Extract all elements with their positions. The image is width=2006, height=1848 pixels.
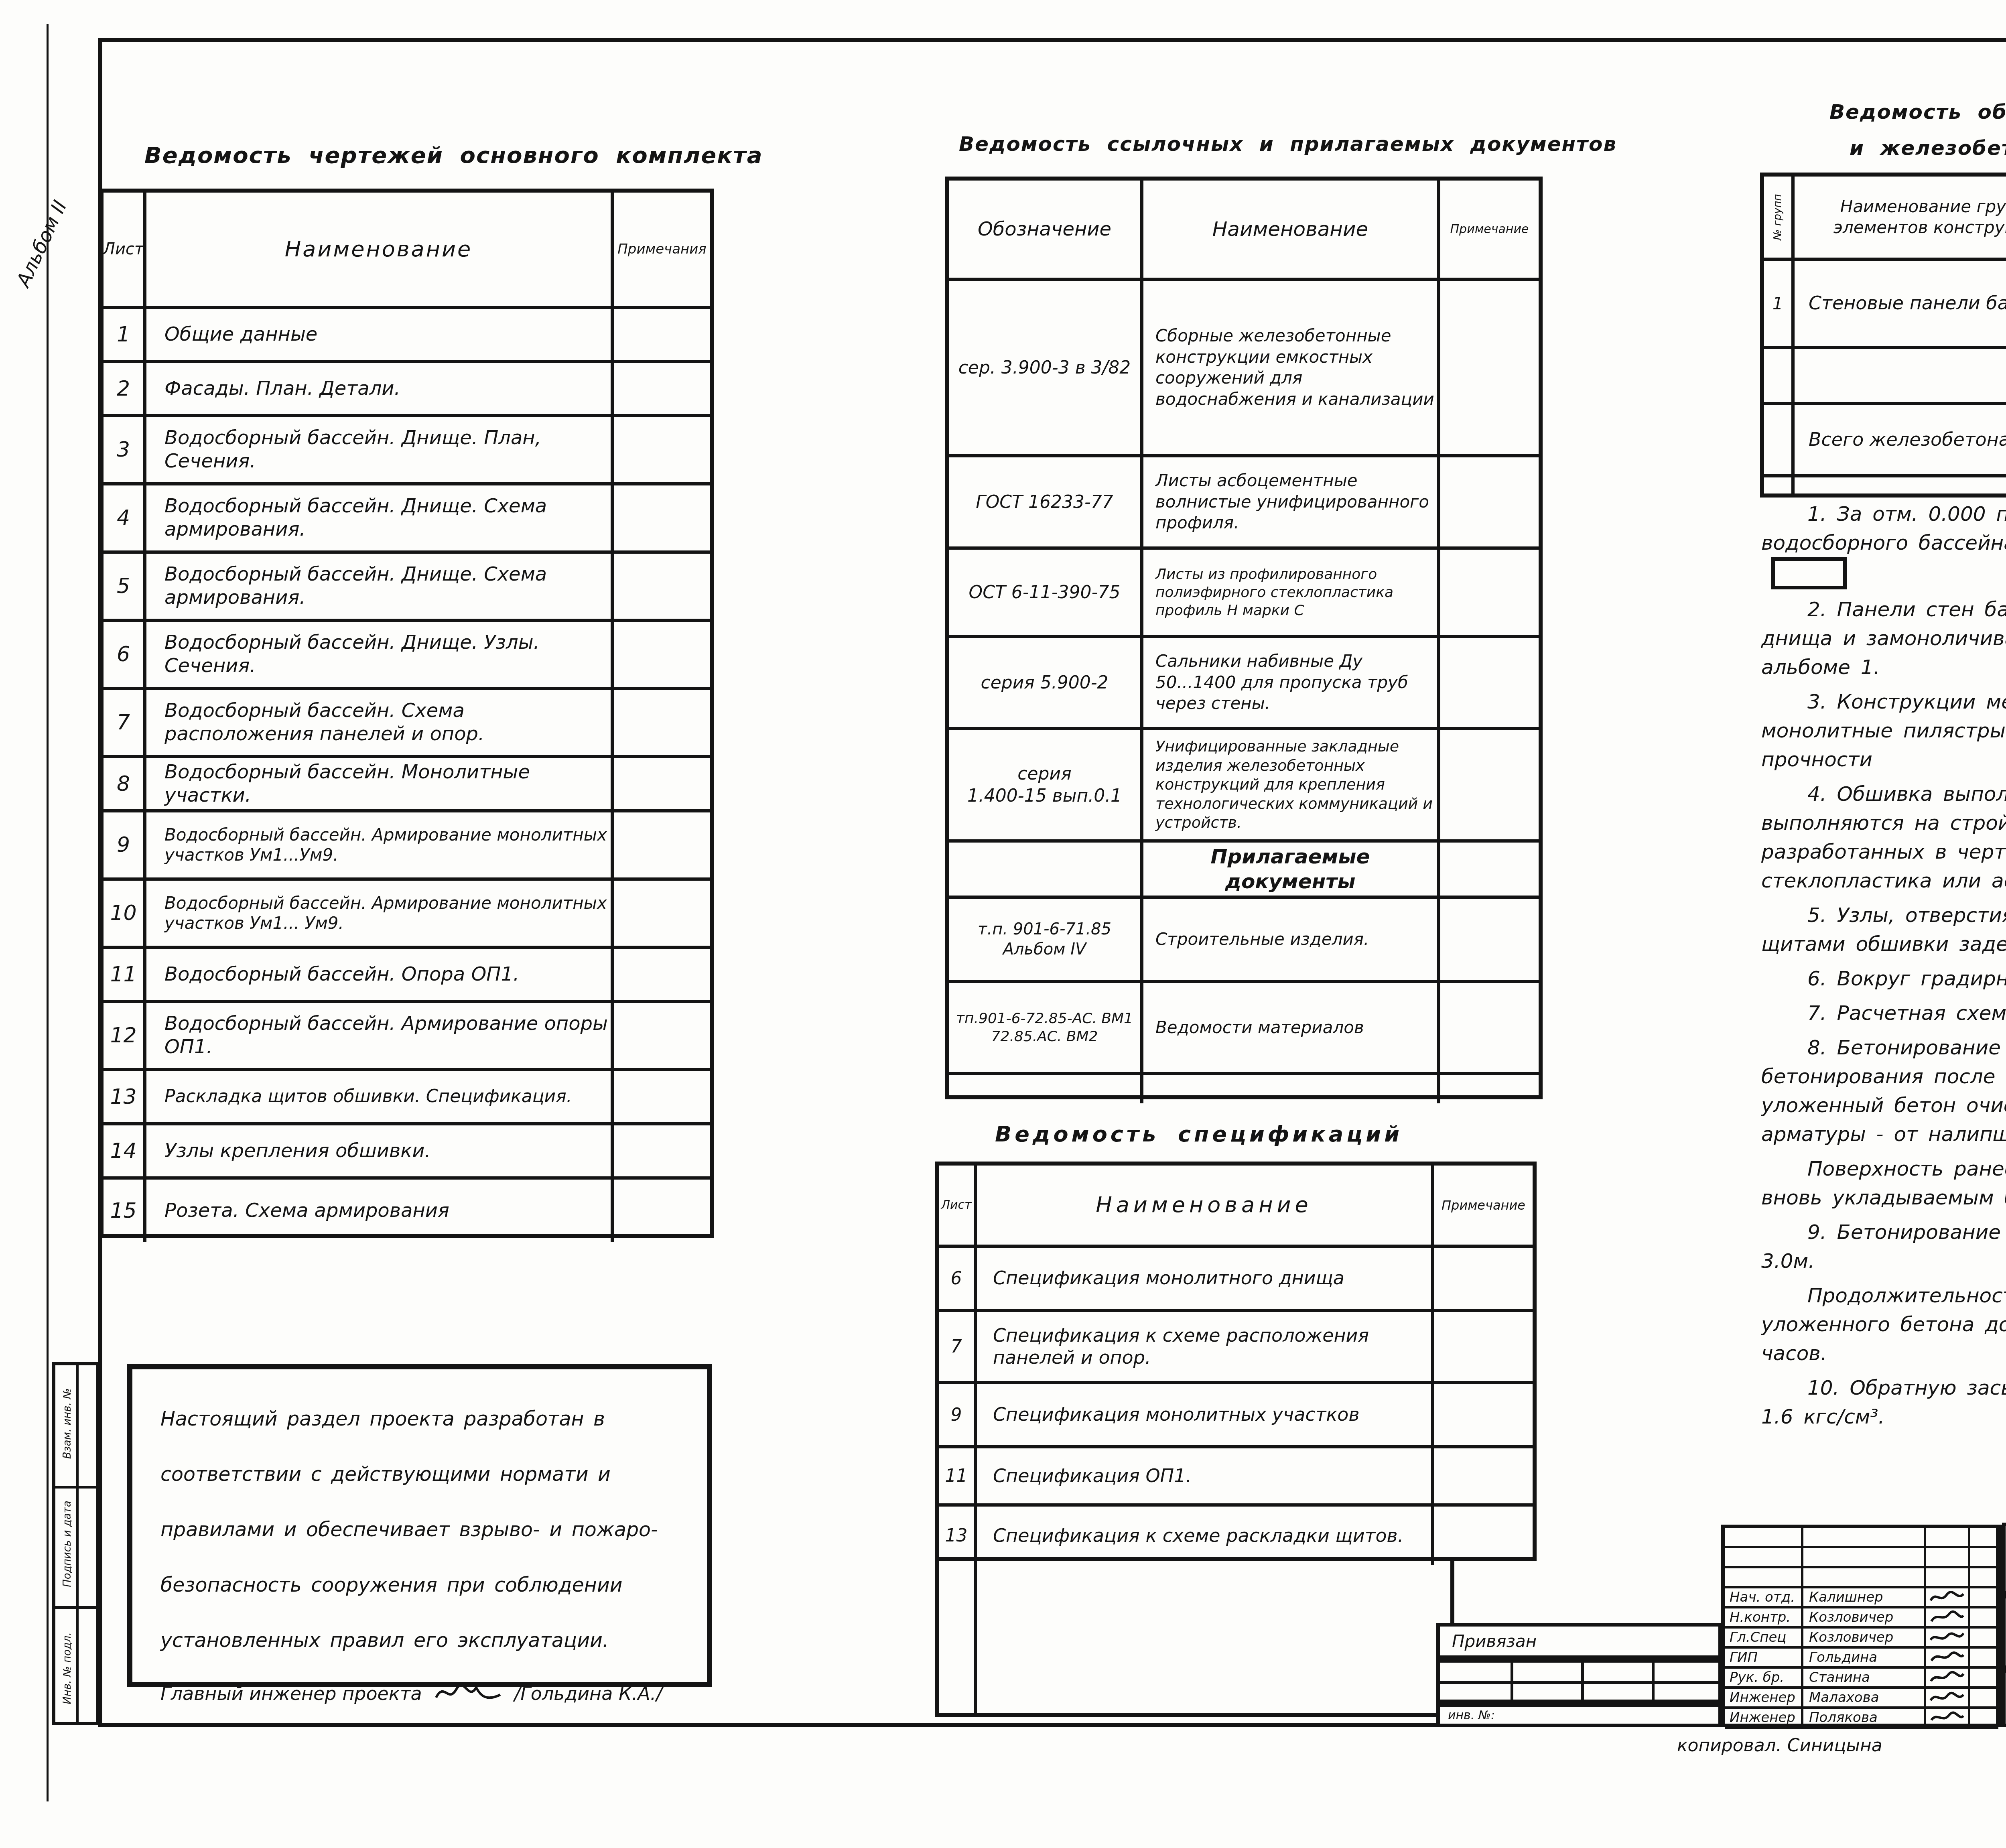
total-label: Всего железобетона <box>1795 405 2006 474</box>
empty-cell <box>1970 1709 1998 1726</box>
doc-name: Унифицированные закладные изделия железо… <box>1143 730 1440 839</box>
note-paragraph: 9. Бетонирование опоры ОП1 вести ярусами… <box>1761 1218 2006 1275</box>
empty-cell <box>1803 1568 1926 1586</box>
margin-stamp-label-vzam: Взам. инв. № <box>61 1373 73 1474</box>
empty-cell <box>1970 1649 1998 1666</box>
sheet-number: 3 <box>104 417 146 482</box>
note-paragraph: 10. Обратную засыпку вести с послойным у… <box>1761 1373 2006 1431</box>
table-header-row: № групп Наименование группы элементов ко… <box>1764 177 2006 261</box>
margin-stamp: Взам. инв. № Подпись и дата Инв. № подл. <box>52 1362 99 1725</box>
change-row <box>1725 1528 1998 1548</box>
doc-name: Листы асбоцементные волнистые унифициров… <box>1143 457 1440 546</box>
attach-grid <box>1436 1659 1722 1703</box>
table-header-row: Лист Наименование Примечания <box>104 193 710 309</box>
doc-code: сер. 3.900-3 в 3/82 <box>949 281 1143 454</box>
note-cell <box>1440 843 1539 896</box>
note-cell <box>1434 1248 1533 1309</box>
binding-edge-line <box>47 24 49 1801</box>
note-cell <box>614 1125 710 1176</box>
role-label: Инженер <box>1725 1689 1803 1706</box>
doc-name: Листы из профилированного полиэфирного с… <box>1143 550 1440 635</box>
empty-cell <box>1970 1629 1998 1646</box>
role-name: Калишнер <box>1803 1588 1926 1606</box>
header-name: Наименование группы элементов конструкци… <box>1795 177 2006 258</box>
intro-note-box: Настоящий раздел проекта разработан в со… <box>127 1364 712 1687</box>
sheet-number: 1 <box>104 309 146 360</box>
table-row: 12Водосборный бассейн. Армирование опоры… <box>104 1003 710 1071</box>
doc-code: тп.901-6-72.85-АС. ВМ1 72.85.АС. ВМ2 <box>949 983 1143 1072</box>
table-row: 13Раскладка щитов обшивки. Спецификация. <box>104 1071 710 1125</box>
sheet-number: 15 <box>104 1180 146 1242</box>
role-name: Козловичер <box>1803 1608 1926 1626</box>
table-row: тп.901-6-72.85-АС. ВМ1 72.85.АС. ВМ2Ведо… <box>949 983 1539 1075</box>
header-sheet: Лист <box>104 193 146 306</box>
chief-engineer-name: /Гольдина К.А./ <box>514 1683 662 1704</box>
drawing-name: Водосборный бассейн. Армирование опоры О… <box>146 1003 614 1068</box>
note-paragraph: Поверхность ранее уложенного бетона в ме… <box>1761 1154 2006 1212</box>
note-cell <box>1440 638 1539 727</box>
note-cell <box>614 554 710 619</box>
table-row: ГОСТ 16233-77Листы асбоцементные волнист… <box>949 457 1539 550</box>
header-code: Обозначение <box>949 181 1143 278</box>
empty-cell <box>1143 1075 1440 1103</box>
table-row: 5Водосборный бассейн. Днище. Схема армир… <box>104 554 710 622</box>
spec-name: Спецификация ОП1. <box>977 1448 1434 1503</box>
table-row: 7Спецификация к схеме расположения панел… <box>939 1312 1533 1384</box>
note-cell <box>1434 1507 1533 1565</box>
empty-cell <box>1725 1568 1803 1586</box>
note-cell <box>614 949 710 1000</box>
table-row: 11Водосборный бассейн. Опора ОП1. <box>104 949 710 1003</box>
inv-label: инв. №: <box>1448 1708 1495 1722</box>
role-label: ГИП <box>1725 1649 1803 1666</box>
drawing-name: Водосборный бассейн. Армирование монолит… <box>146 812 614 877</box>
sheet-number: 5 <box>104 554 146 619</box>
note-cell <box>1440 281 1539 454</box>
empty-row <box>1764 477 2006 493</box>
sheet-number: 2 <box>104 363 146 414</box>
doc-code: серия 1.400-15 вып.0.1 <box>949 730 1143 839</box>
signature-icon <box>1926 1608 1970 1626</box>
drawing-name: Фасады. План. Детали. <box>146 363 614 414</box>
table-row: 1 Стеновые панели бассейна 585620 18,08 <box>1764 261 2006 349</box>
header-name: Наименование <box>977 1166 1434 1245</box>
doc-code: т.п. 901-6-71.85 Альбом IV <box>949 899 1143 980</box>
drawing-sheet: 9 Альбом II Взам. инв. № Подпись и дата … <box>0 0 2006 1848</box>
attach-label: Привязан <box>1452 1631 1537 1651</box>
empty-cell <box>1970 1548 1998 1566</box>
empty-row <box>949 1075 1539 1103</box>
sheet-number: 13 <box>939 1507 977 1565</box>
note-cell <box>1434 1312 1533 1381</box>
role-row: Рук. бр.Станина <box>1725 1669 1998 1689</box>
spec-name: Спецификация к схеме расположения панеле… <box>977 1312 1434 1381</box>
empty-cell <box>1970 1588 1998 1606</box>
sheet-number: 7 <box>939 1312 977 1381</box>
intro-note-text: Настоящий раздел проекта разработан в со… <box>160 1391 683 1668</box>
doc-name: Сальники набивные Ду 50...1400 для пропу… <box>1143 638 1440 727</box>
empty-cell <box>1970 1528 1998 1546</box>
inv-cell: инв. №: <box>1436 1703 1722 1727</box>
empty-cell <box>1795 349 2006 402</box>
header-sheet: Лист <box>939 1166 977 1245</box>
table-row: 1Общие данные <box>104 309 710 363</box>
note-cell <box>614 417 710 482</box>
table-row: 9Водосборный бассейн. Армирование моноли… <box>104 812 710 881</box>
role-row: Н.контр.Козловичер <box>1725 1608 1998 1629</box>
header-num: № групп <box>1764 177 1795 258</box>
table-row: 2Фасады. План. Детали. <box>104 363 710 417</box>
sheet-number: 6 <box>939 1248 977 1309</box>
project-desc-cell: Градирня 3х секционная с вентиляторами В… <box>2002 1595 2006 1669</box>
empty-cell <box>1725 1528 1803 1546</box>
table-row: ОСТ 6-11-390-75Листы из профилированного… <box>949 550 1539 638</box>
sheet-number: 4 <box>104 485 146 550</box>
note-cell <box>1434 1448 1533 1503</box>
drawing-name: Узлы крепления обшивки. <box>146 1125 614 1176</box>
copied-by: копировал. Синицына <box>1677 1735 1882 1756</box>
empty-cell <box>1970 1568 1998 1586</box>
table-row: 8Водосборный бассейн. Монолитные участки… <box>104 758 710 812</box>
role-row: Гл.СпецКозловичер <box>1725 1629 1998 1649</box>
empty-cell <box>949 1075 1143 1103</box>
note-cell <box>1440 899 1539 980</box>
role-name: Станина <box>1803 1669 1926 1686</box>
note-cell <box>614 485 710 550</box>
table-row: 14Узлы крепления обшивки. <box>104 1125 710 1180</box>
table-row: 13Спецификация к схеме раскладки щитов. <box>939 1507 1533 1565</box>
attach-cell: Привязан <box>1436 1623 1722 1659</box>
spec-table: Лист Наименование Примечание 6Спецификац… <box>935 1162 1537 1561</box>
note-cell <box>614 1003 710 1068</box>
general-notes: 1. За отм. 0.000 принята отметка верха с… <box>1761 500 2006 1437</box>
header-note: Примечания <box>614 193 710 306</box>
sheet-number: 9 <box>939 1384 977 1445</box>
spec-table-title: Ведомость спецификаций <box>995 1121 1403 1147</box>
note-paragraph: 5. Узлы, отверстия в обшивке и участки м… <box>1761 901 2006 959</box>
signature-icon <box>1926 1588 1970 1606</box>
drawing-name: Водосборный бассейн. Днище. Узлы. Сечени… <box>146 622 614 687</box>
drawing-name: Общие данные <box>146 309 614 360</box>
sheet-number: 8 <box>104 758 146 809</box>
note-cell <box>614 1180 710 1242</box>
table-row: 4Водосборный бассейн. Днище. Схема армир… <box>104 485 710 554</box>
role-label: Инженер <box>1725 1709 1803 1726</box>
note-cell <box>614 309 710 360</box>
chief-engineer-label: Главный инженер проекта <box>160 1683 422 1704</box>
empty-row <box>1764 349 2006 405</box>
signature-icon <box>434 1679 502 1708</box>
note-paragraph: 2. Панели стен бассейна устанавливаются … <box>1761 595 2006 682</box>
spec-name: Спецификация к схеме раскладки щитов. <box>977 1507 1434 1565</box>
role-label: Нач. отд. <box>1725 1588 1803 1606</box>
empty-cell <box>1926 1568 1970 1586</box>
role-name: Малахова <box>1803 1689 1926 1706</box>
spec-name: Спецификация монолитного днища <box>977 1248 1434 1309</box>
note-cell <box>1440 457 1539 546</box>
empty-cell <box>1795 477 2006 493</box>
empty-cell <box>949 843 1143 896</box>
header-note: Примечание <box>1434 1166 1533 1245</box>
note-cell <box>614 690 710 755</box>
note-cell <box>1434 1384 1533 1445</box>
note-cell <box>614 881 710 946</box>
table-row: серия 1.400-15 вып.0.1Унифицированные за… <box>949 730 1539 843</box>
drawing-name: Раскладка щитов обшивки. Спецификация. <box>146 1071 614 1122</box>
volumes-table-title-line2: и железобетонных изделий <box>1850 136 2006 160</box>
drawings-table: Лист Наименование Примечания 1Общие данн… <box>99 189 714 1238</box>
note-cell <box>614 758 710 809</box>
empty-cell <box>1970 1608 1998 1626</box>
note-paragraph: 6. Вокруг градирни устраивается асфальто… <box>1761 964 2006 993</box>
table-row: 7Водосборный бассейн. Схема расположения… <box>104 690 710 758</box>
doc-code: серия 5.900-2 <box>949 638 1143 727</box>
change-row <box>1725 1568 1998 1588</box>
elevation-placeholder-box <box>1771 557 1847 589</box>
signature-icon <box>1926 1709 1970 1726</box>
roles-table: Нач. отд.Калишнер Н.контр.Козловичер Гл.… <box>1721 1525 2002 1727</box>
table-header-row: Лист Наименование Примечание <box>939 1166 1533 1248</box>
doc-code: ГОСТ 16233-77 <box>949 457 1143 546</box>
sheet-number: 13 <box>104 1071 146 1122</box>
drawing-name: Водосборный бассейн. Днище. Схема армиро… <box>146 554 614 619</box>
table-row: 6Спецификация монолитного днища <box>939 1248 1533 1312</box>
role-name: Козловичер <box>1803 1629 1926 1646</box>
drawing-name: Водосборный бассейн. Опора ОП1. <box>146 949 614 1000</box>
empty-cell <box>1764 349 1795 402</box>
drawing-name: Водосборный бассейн. Днище. Схема армиро… <box>146 485 614 550</box>
role-row: ИнженерМалахова <box>1725 1689 1998 1709</box>
drawing-name: Водосборный бассейн. Армирование монолит… <box>146 881 614 946</box>
row-num: 1 <box>1764 261 1795 346</box>
table-row: 9Спецификация монолитных участков <box>939 1384 1533 1448</box>
table-header-row: Обозначение Наименование Примечание <box>949 181 1539 281</box>
empty-cell <box>1440 1075 1539 1103</box>
references-table: Обозначение Наименование Примечание сер.… <box>945 177 1543 1099</box>
note-cell <box>1440 983 1539 1072</box>
doc-name: Сборные железобетонные конструкции емкос… <box>1143 281 1440 454</box>
note-cell <box>614 812 710 877</box>
album-label: Альбом II <box>12 135 100 290</box>
sheet-number: 6 <box>104 622 146 687</box>
doc-code-cell: ТП 901-6-72.85-АС <box>2002 1523 2006 1595</box>
total-row: Всего железобетона 18,08 <box>1764 405 2006 477</box>
sheet-number: 9 <box>104 812 146 877</box>
note-paragraph: Продолжительность перерыва для обеспечен… <box>1761 1281 2006 1368</box>
sheet-number: 12 <box>104 1003 146 1068</box>
role-row: ИнженерПолякова <box>1725 1709 1998 1729</box>
role-name: Гольдина <box>1803 1649 1926 1666</box>
attached-docs-header: Прилагаемые документы <box>1143 843 1440 896</box>
sheet-number: 14 <box>104 1125 146 1176</box>
volumes-table-title-line1: Ведомость объемов сборных бетонных <box>1829 100 2006 124</box>
role-name: Полякова <box>1803 1709 1926 1726</box>
note-paragraph: 3. Конструкции металлического каркаса ус… <box>1761 687 2006 774</box>
table-row: 6Водосборный бассейн. Днище. Узлы. Сечен… <box>104 622 710 690</box>
sheet-number: 7 <box>104 690 146 755</box>
table-row: 10Водосборный бассейн. Армирование монол… <box>104 881 710 949</box>
table-row: 15Розета. Схема армирования <box>104 1180 710 1242</box>
doc-name: Ведомости материалов <box>1143 983 1440 1072</box>
role-label: Рук. бр. <box>1725 1669 1803 1686</box>
role-row: ГИПГольдина <box>1725 1649 1998 1669</box>
empty-cell <box>1970 1669 1998 1686</box>
signature-icon <box>1926 1629 1970 1646</box>
note-paragraph: 4. Обшивка выполняется из сборных стенов… <box>1761 780 2006 895</box>
spec-table-empty-row <box>935 1559 1454 1717</box>
drawing-name: Водосборный бассейн. Монолитные участки. <box>146 758 614 809</box>
note-paragraph: 7. Расчетная схема и величины нагрузок п… <box>1761 999 2006 1028</box>
sheet-number: 11 <box>104 949 146 1000</box>
signature-icon <box>1926 1689 1970 1706</box>
header-name: Наименование <box>146 193 614 306</box>
drawing-name: Розета. Схема армирования <box>146 1180 614 1242</box>
spec-name: Спецификация монолитных участков <box>977 1384 1434 1445</box>
note-cell <box>614 622 710 687</box>
note-cell <box>614 363 710 414</box>
header-name: Наименование <box>1143 181 1440 278</box>
doc-code: ОСТ 6-11-390-75 <box>949 550 1143 635</box>
drawings-table-title: Ведомость чертежей основного комплекта <box>144 142 763 169</box>
volumes-table: № групп Наименование группы элементов ко… <box>1760 173 2006 498</box>
sheet-number: 11 <box>939 1448 977 1503</box>
signature-icon <box>1926 1669 1970 1686</box>
role-label: Н.контр. <box>1725 1608 1803 1626</box>
empty-cell <box>1725 1548 1803 1566</box>
empty-cell <box>1970 1689 1998 1706</box>
margin-stamp-label-podpis: Подпись и дата <box>61 1494 73 1594</box>
role-row: Нач. отд.Калишнер <box>1725 1588 1998 1608</box>
empty-cell <box>1926 1528 1970 1546</box>
table-row: сер. 3.900-3 в 3/82Сборные железобетонны… <box>949 281 1539 457</box>
signature-icon <box>1926 1649 1970 1666</box>
table-row: серия 5.900-2Сальники набивные Ду 50...1… <box>949 638 1539 730</box>
empty-cell <box>1926 1548 1970 1566</box>
drawing-name: Водосборный бассейн. Схема расположения … <box>146 690 614 755</box>
role-label: Гл.Спец <box>1725 1629 1803 1646</box>
item-name: Стеновые панели бассейна <box>1795 261 2006 346</box>
change-row <box>1725 1548 1998 1568</box>
references-table-title: Ведомость ссылочных и прилагаемых докуме… <box>959 132 1617 156</box>
margin-stamp-label-inv: Инв. № подл. <box>61 1618 73 1718</box>
empty-cell <box>1803 1528 1926 1546</box>
sheet-number: 10 <box>104 881 146 946</box>
table-row: 11Спецификация ОП1. <box>939 1448 1533 1507</box>
note-cell <box>1440 730 1539 839</box>
table-row: т.п. 901-6-71.85 Альбом IVСтроительные и… <box>949 899 1539 983</box>
doc-name: Строительные изделия. <box>1143 899 1440 980</box>
table-subheader-row: Прилагаемые документы <box>949 843 1539 899</box>
sheet-title-cell: Общие данные <box>2002 1669 2006 1727</box>
empty-cell <box>1803 1548 1926 1566</box>
note-cell <box>1440 550 1539 635</box>
empty-cell <box>1764 477 1795 493</box>
note-cell <box>614 1071 710 1122</box>
note-paragraph: 8. Бетонирование днища вести непрерывно.… <box>1761 1033 2006 1149</box>
empty-cell <box>1764 405 1795 474</box>
table-row: 3Водосборный бассейн. Днище. План, Сечен… <box>104 417 710 485</box>
note-paragraph: 1. За отм. 0.000 принята отметка верха с… <box>1761 500 2006 589</box>
drawing-name: Водосборный бассейн. Днище. План, Сечени… <box>146 417 614 482</box>
header-note: Примечание <box>1440 181 1539 278</box>
